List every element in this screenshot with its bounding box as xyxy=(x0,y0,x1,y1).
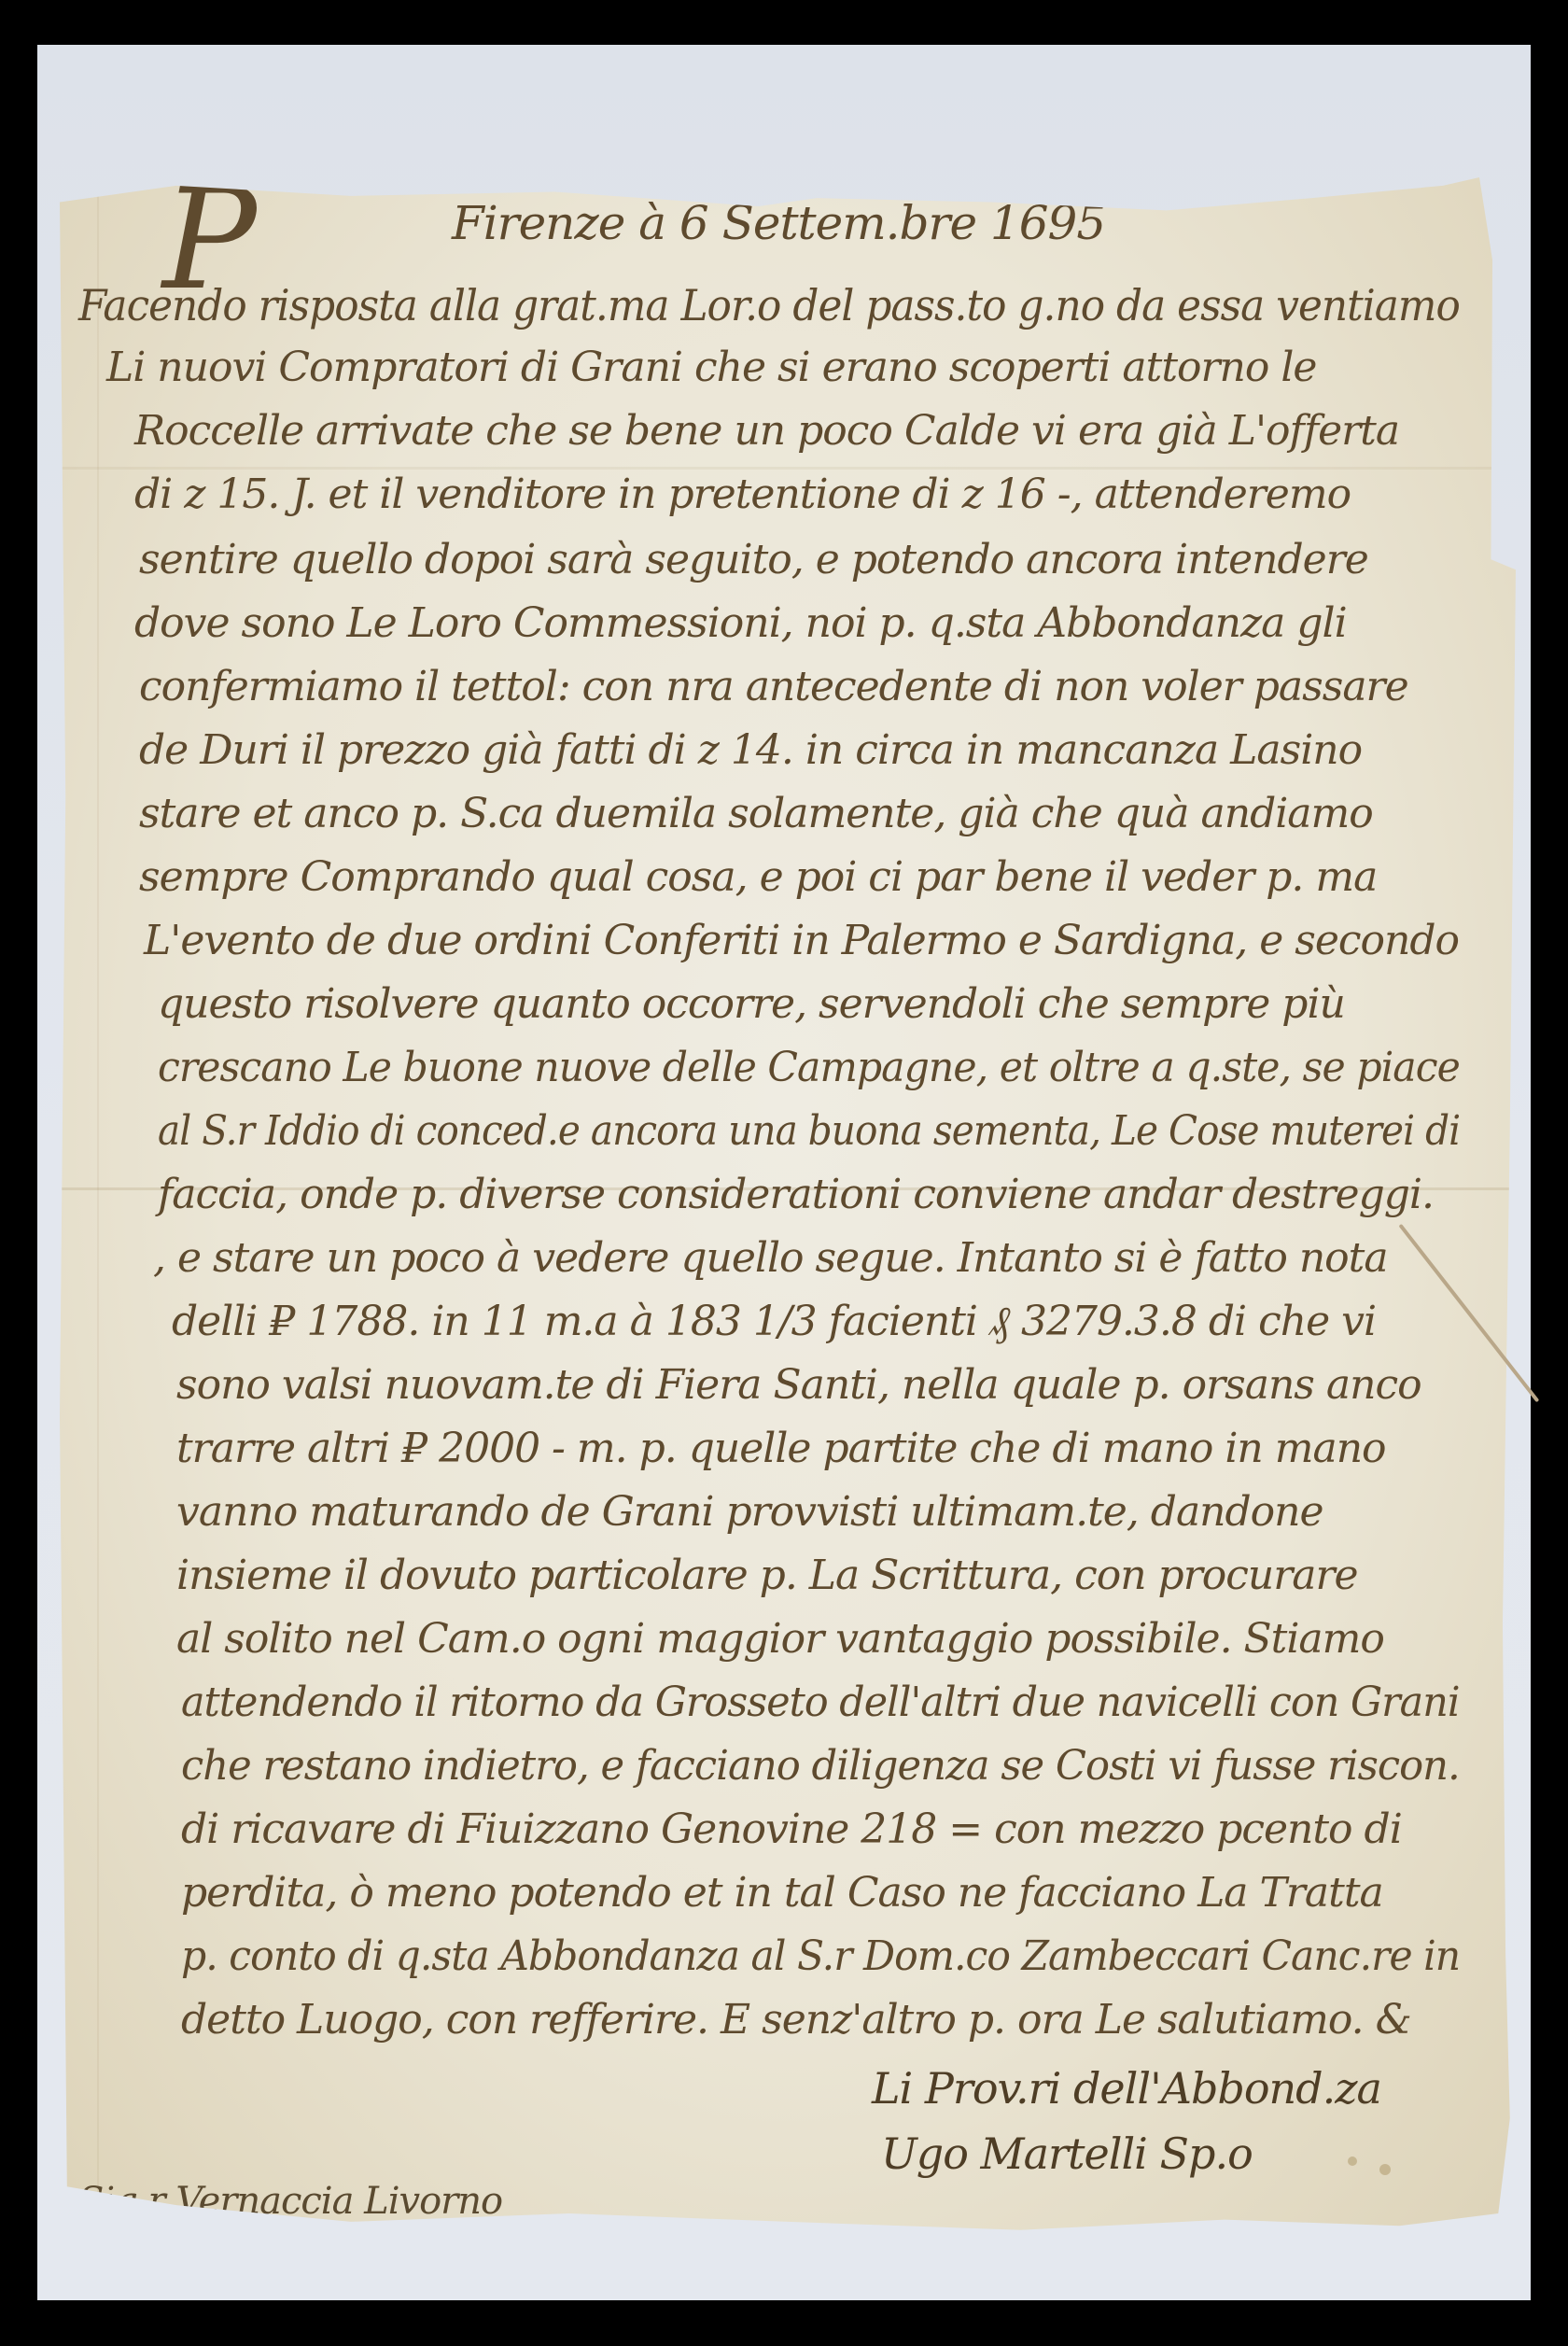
body-line: vanno maturando de Grani provvisti ultim… xyxy=(176,1488,1323,1536)
body-line: dove sono Le Loro Commessioni, noi p. q.… xyxy=(134,599,1347,647)
body-line: attendendo il ritorno da Grosseto dell'a… xyxy=(181,1679,1460,1726)
letter-sheet: P Firenze à 6 Settem.bre 1695 Facendo ri… xyxy=(60,177,1516,2242)
body-line: Facendo risposta alla grat.ma Lor.o del … xyxy=(78,280,1460,330)
body-line: p. conto di q.sta Abbondanza al S.r Dom.… xyxy=(181,1932,1460,1980)
body-line: L'evento de due ordini Conferiti in Pale… xyxy=(144,917,1459,964)
left-fold xyxy=(97,177,99,2242)
body-line: sempre Comprando qual cosa, e poi ci par… xyxy=(139,853,1377,901)
stain xyxy=(1379,2164,1391,2175)
body-line: faccia, onde p. diverse considerationi c… xyxy=(158,1171,1434,1218)
body-line: trarre altri ₽ 2000 - m. p. quelle parti… xyxy=(176,1425,1386,1472)
body-line: confermiamo il tettol: con nra anteceden… xyxy=(139,663,1408,710)
body-line: che restano indietro, e facciano diligen… xyxy=(181,1742,1460,1790)
body-line: crescano Le buone nuove delle Campagne, … xyxy=(158,1044,1460,1091)
signature-office: Li Prov.ri dell'Abbond.za xyxy=(872,2063,1381,2114)
body-line: sentire quello dopoi sarà seguito, e pot… xyxy=(139,536,1368,583)
body-line: delli ₽ 1788. in 11 m.a à 183 1/3 facien… xyxy=(172,1298,1376,1345)
body-line: al solito nel Cam.o ogni maggior vantagg… xyxy=(176,1615,1384,1663)
upper-fold xyxy=(60,467,1516,470)
body-line: detto Luogo, con refferire. E senz'altro… xyxy=(181,1996,1411,2044)
body-line: stare et anco p. S.ca duemila solamente,… xyxy=(139,790,1373,837)
body-line: de Duri il prezzo già fatti di z 14. in … xyxy=(139,726,1362,774)
stain xyxy=(1348,2156,1357,2166)
signature-name: Ugo Martelli Sp.o xyxy=(881,2128,1253,2179)
body-line: questo risolvere quanto occorre, servend… xyxy=(158,980,1345,1028)
body-line: di z 15. J. et il venditore in pretentio… xyxy=(134,471,1351,518)
body-line: insieme il dovuto particolare p. La Scri… xyxy=(176,1552,1358,1599)
body-line: Li nuovi Compratori di Grani che si eran… xyxy=(106,344,1316,391)
body-line: , e stare un poco à vedere quello segue.… xyxy=(153,1234,1388,1282)
body-line: sono valsi nuovam.te di Fiera Santi, nel… xyxy=(176,1361,1421,1409)
body-line: al S.r Iddio di conced.e ancora una buon… xyxy=(158,1107,1460,1155)
body-line: perdita, ò meno potendo et in tal Caso n… xyxy=(181,1869,1383,1917)
place-date-heading: Firenze à 6 Settem.bre 1695 xyxy=(452,196,1105,250)
body-line: Roccelle arrivate che se bene un poco Ca… xyxy=(134,407,1399,455)
body-line: di ricavare di Fiuizzano Genovine 218 = … xyxy=(181,1805,1402,1853)
